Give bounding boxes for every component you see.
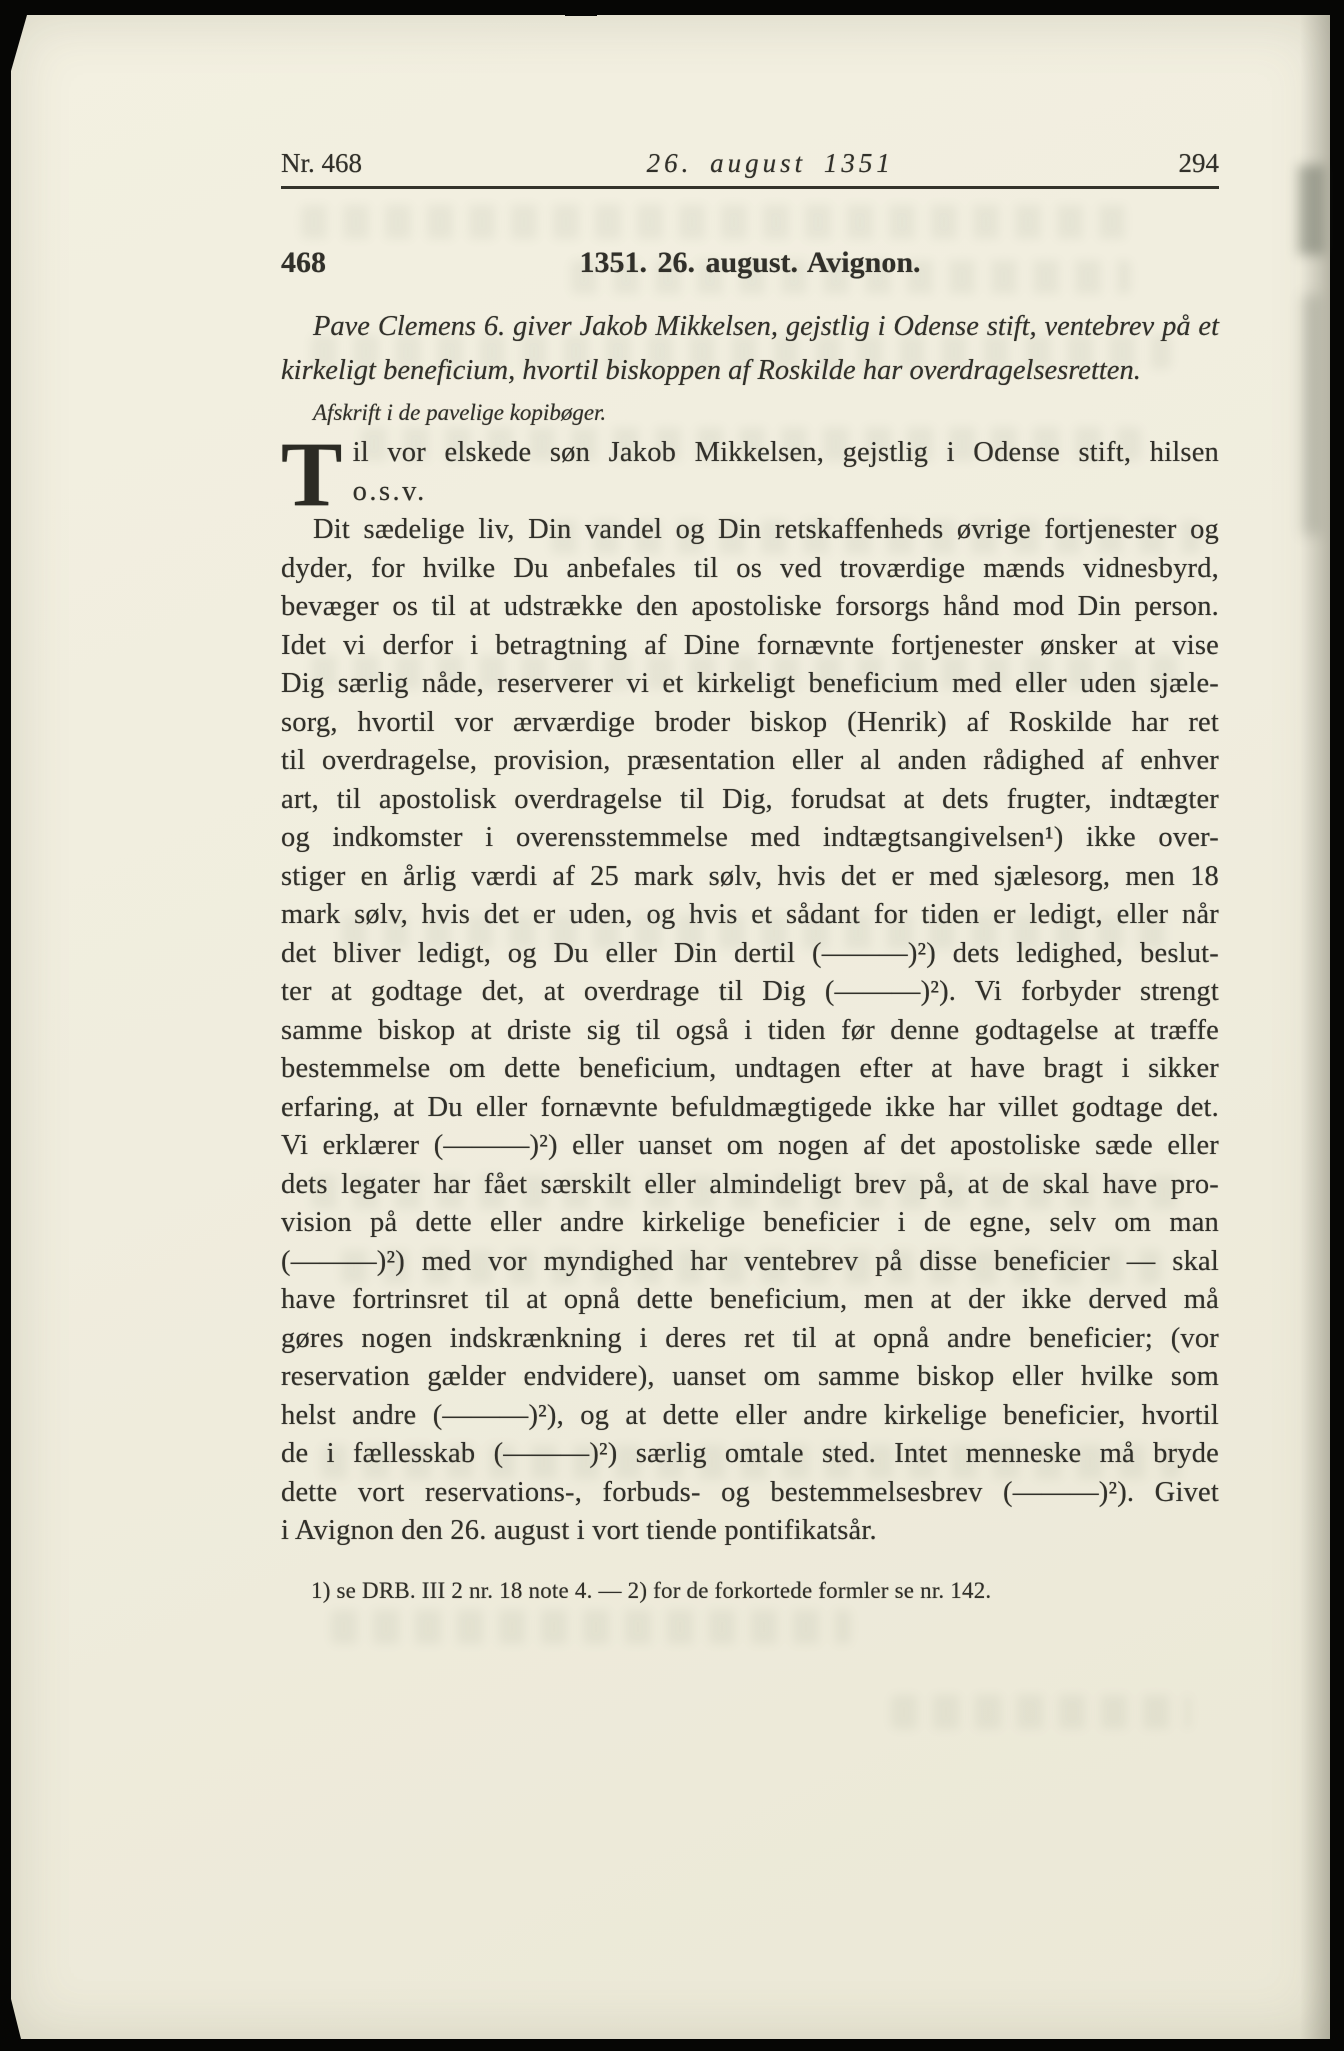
- body-line: reservation gælder endvidere), uanset om…: [281, 1358, 1219, 1397]
- body-line: det bliver ledigt, og Du eller Din derti…: [281, 935, 1219, 974]
- body-line: samme biskop at driste sig til også i ti…: [281, 1012, 1219, 1051]
- scan-top-notch: [565, 0, 597, 16]
- running-header-number: Nr. 468: [281, 148, 362, 179]
- footnote: 1) se DRB. III 2 nr. 18 note 4. — 2) for…: [281, 1578, 1219, 1604]
- summary-line: kirkeligt beneficium, hvortil biskoppen …: [281, 349, 1219, 393]
- show-through-smudge: [891, 1695, 1191, 1729]
- scanned-book-page: { "header": { "left": "Nr. 468", "center…: [0, 0, 1344, 2051]
- body-line: gøres nogen indskrænkning i deres ret ti…: [281, 1320, 1219, 1359]
- header-rule: [281, 186, 1219, 189]
- letter-body: Til vor elskede søn Jakob Mikkelsen, gej…: [281, 434, 1219, 1551]
- regest-summary: Pave Clemens 6. giver Jakob Mikkelsen, g…: [281, 305, 1219, 393]
- page-content: Nr. 468 26. august 1351 294 468 1351. 26…: [281, 15, 1219, 1604]
- body-line: stiger en årlig værdi af 25 mark sølv, h…: [281, 858, 1219, 897]
- body-line: bevæger os til at udstrække den apostoli…: [281, 588, 1219, 627]
- body-line: il vor elskede søn Jakob Mikkelsen, gejs…: [353, 437, 1219, 468]
- body-line: Vi erklærer (———)²) eller uanset om noge…: [281, 1127, 1219, 1166]
- body-line: dets legater har fået særskilt eller alm…: [281, 1166, 1219, 1205]
- entry-heading: 468 1351. 26. august. Avignon.: [281, 246, 1219, 284]
- body-line: Idet vi derfor i betragtning af Dine for…: [281, 627, 1219, 666]
- body-line: (———)²) med vor myndighed har ventebrev …: [281, 1243, 1219, 1282]
- body-line: dyder, for hvilke Du anbefales til os ve…: [281, 550, 1219, 589]
- body-line: Dit sædelige liv, Din vandel og Din rets…: [281, 511, 1219, 550]
- body-lines: Dit sædelige liv, Din vandel og Din rets…: [281, 511, 1219, 1512]
- body-line: helst andre (———)²), og at dette eller a…: [281, 1397, 1219, 1436]
- body-line: til overdragelse, provision, præsentatio…: [281, 742, 1219, 781]
- body-line: bestemmelse om dette beneficium, undtage…: [281, 1050, 1219, 1089]
- drop-cap: T: [281, 439, 343, 509]
- body-line: de i fællesskab (———)²) særlig omtale st…: [281, 1435, 1219, 1474]
- body-first-line: Til vor elskede søn Jakob Mikkelsen, gej…: [281, 434, 1219, 473]
- body-line: sorg, hvortil vor ærværdige broder bisko…: [281, 704, 1219, 743]
- body-line: ter at godtage det, at overdrage til Dig…: [281, 973, 1219, 1012]
- running-header: Nr. 468 26. august 1351 294: [281, 148, 1219, 179]
- running-header-date: 26. august 1351: [647, 148, 894, 179]
- entry-title: 1351. 26. august. Avignon.: [281, 246, 1219, 280]
- scan-corner-wedge: [11, 15, 27, 71]
- body-line: mark sølv, hvis det er uden, og hvis et …: [281, 896, 1219, 935]
- body-last-line: i Avignon den 26. august i vort tiende p…: [281, 1512, 1219, 1551]
- body-line: art, til apostolisk overdragelse til Dig…: [281, 781, 1219, 820]
- page-edge-shadow: [1300, 15, 1330, 2039]
- body-line: og indkomster i overensstemmelse med ind…: [281, 819, 1219, 858]
- body-line: vision på dette eller andre kirkelige be…: [281, 1204, 1219, 1243]
- body-line: Dig særlig nåde, reserverer vi et kirkel…: [281, 665, 1219, 704]
- body-line: erfaring, at Du eller fornævnte befuldmæ…: [281, 1089, 1219, 1128]
- show-through-smudge: [331, 1610, 851, 1644]
- body-line: dette vort reservations-, forbuds- og be…: [281, 1474, 1219, 1513]
- scan-corner-wedge: [11, 1999, 21, 2039]
- source-note: Afskrift i de pavelige kopibøger.: [281, 400, 1219, 426]
- body-line: have fortrinsret til at opnå dette benef…: [281, 1281, 1219, 1320]
- page-number: 294: [1178, 148, 1219, 179]
- body-line: o.s.v.: [281, 473, 1219, 512]
- book-page: Nr. 468 26. august 1351 294 468 1351. 26…: [11, 15, 1330, 2039]
- summary-line: Pave Clemens 6. giver Jakob Mikkelsen, g…: [281, 305, 1219, 349]
